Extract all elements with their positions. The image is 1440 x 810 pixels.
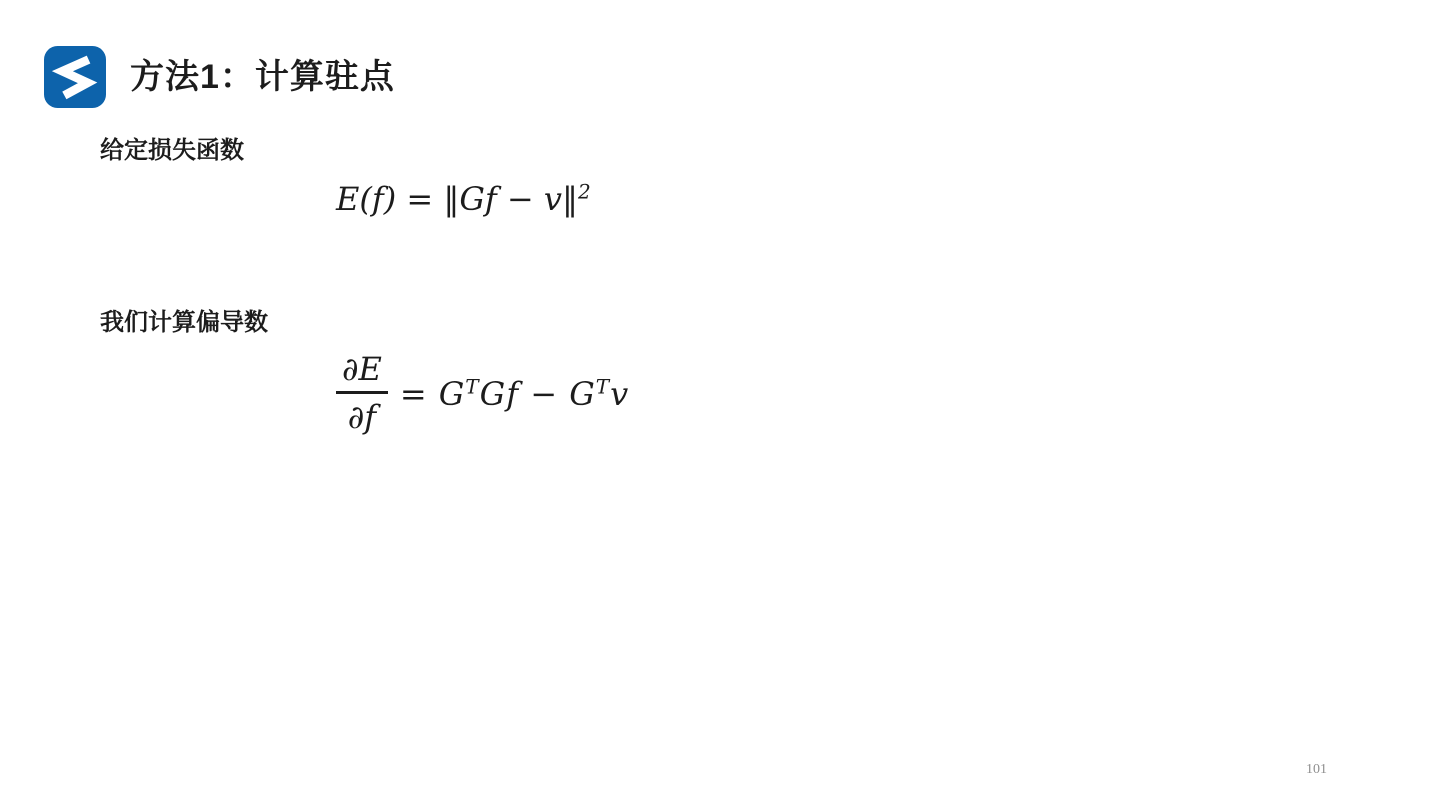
page-number: 101 bbox=[1306, 762, 1327, 778]
section-label-partial-derivative: 我们计算偏导数 bbox=[100, 302, 268, 337]
section-label-given-loss: 给定损失函数 bbox=[100, 130, 244, 165]
loss-function-formula: E(f) = ‖Gf − v‖2 bbox=[336, 180, 591, 218]
formula-rhs: GTGf − GTv bbox=[439, 375, 629, 413]
partial-derivative-formula: ∂E ∂f = GTGf − GTv bbox=[336, 352, 629, 435]
fraction-numerator: ∂E bbox=[336, 352, 388, 394]
fraction-denominator: ∂f bbox=[342, 394, 382, 435]
stylized-s-logo-icon bbox=[44, 46, 106, 108]
formula-body: E(f) = ‖Gf − v‖ bbox=[336, 180, 578, 218]
formula-exponent: 2 bbox=[578, 179, 591, 203]
page-title: 方法1：计算驻点 bbox=[130, 46, 395, 108]
slide-header: 方法1：计算驻点 bbox=[44, 46, 395, 108]
presentation-slide: 方法1：计算驻点 给定损失函数 E(f) = ‖Gf − v‖2 我们计算偏导数… bbox=[0, 0, 1440, 810]
equals-sign: = bbox=[400, 375, 427, 413]
fraction: ∂E ∂f bbox=[336, 352, 388, 435]
